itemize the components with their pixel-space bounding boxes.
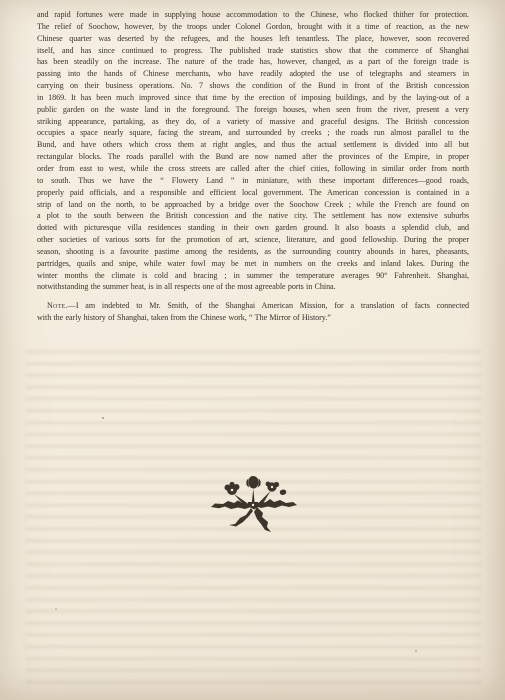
text-line: winter months the climate is cold and br… bbox=[37, 270, 469, 282]
text-line: in 1869. It has been much improved since… bbox=[37, 92, 469, 104]
paper-speck bbox=[102, 417, 104, 419]
text-block: and rapid fortunes were made in supplyin… bbox=[37, 9, 469, 324]
text-line: has been steadily on the increase. The n… bbox=[37, 56, 469, 68]
text-line: order from east to west, while the cross… bbox=[37, 163, 469, 175]
footnote-line: Note.—I am indebted to Mr. Smith, of the… bbox=[37, 300, 469, 312]
text-line: occupies a space nearly square, facing t… bbox=[37, 127, 469, 139]
text-line: partridges, quails and snipe, while wate… bbox=[37, 258, 469, 270]
text-line: rectangular blocks. The roads parallel w… bbox=[37, 151, 469, 163]
text-line: passing into the hands of Chinese mercha… bbox=[37, 68, 469, 80]
text-line: dotted with picturesque villa residences… bbox=[37, 222, 469, 234]
text-line: carrying on their business operations. N… bbox=[37, 80, 469, 92]
footnote: Note.—I am indebted to Mr. Smith, of the… bbox=[37, 300, 469, 324]
paper-speck bbox=[55, 608, 57, 610]
text-line: to south. Thus we have the “ Flowery Lan… bbox=[37, 175, 469, 187]
text-line: Chinese quarter was deserted by the refu… bbox=[37, 33, 469, 45]
floral-ornament-engraving bbox=[210, 475, 298, 533]
text-line: other societies of various sorts for the… bbox=[37, 234, 469, 246]
text-line: itself, and has since continued to progr… bbox=[37, 45, 469, 57]
footnote-text: I am indebted to Mr. Smith, of the Shang… bbox=[76, 301, 469, 310]
book-page: and rapid fortunes were made in supplyin… bbox=[0, 0, 505, 700]
text-line: a plot to the south between the British … bbox=[37, 210, 469, 222]
footnote-label: Note.— bbox=[47, 301, 76, 310]
text-line: season, shooting is a favourite pastime … bbox=[37, 246, 469, 258]
text-line: properly paid officials, and a responsib… bbox=[37, 187, 469, 199]
footnote-line: with the early history of Shanghai, take… bbox=[37, 312, 469, 324]
text-line: The relief of Soochow, however, by the t… bbox=[37, 21, 469, 33]
text-line: notwithstanding the summer heat, is in a… bbox=[37, 281, 469, 293]
text-line: public garden on the waste land in the f… bbox=[37, 104, 469, 116]
text-line: strip of land on the north, to be approa… bbox=[37, 199, 469, 211]
text-line: and rapid fortunes were made in supplyin… bbox=[37, 9, 469, 21]
text-line: Bund, and have others which cross them a… bbox=[37, 139, 469, 151]
text-line: striking appearance, partaking, as they … bbox=[37, 116, 469, 128]
paper-speck bbox=[415, 650, 417, 652]
